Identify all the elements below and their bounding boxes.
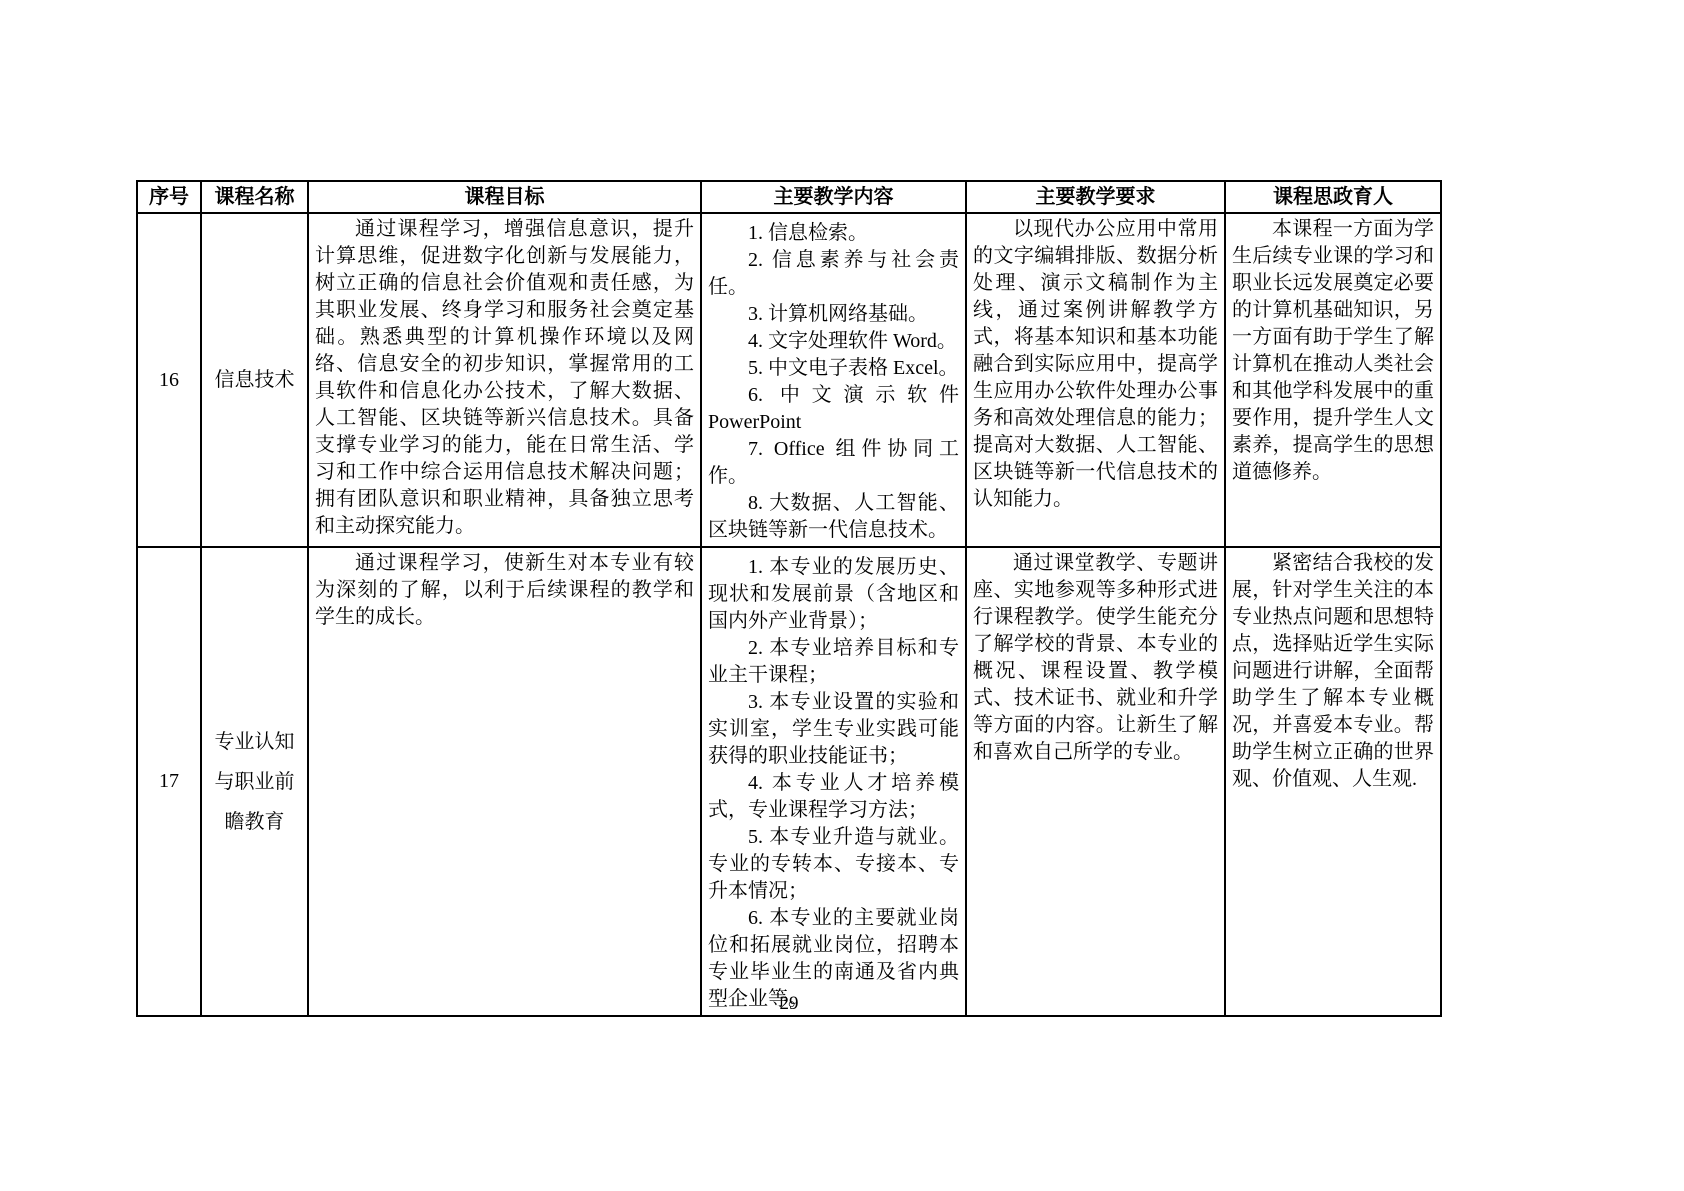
content-item: 5. 中文电子表格 Excel。 [708,355,959,382]
content-item: 4. 文字处理软件 Word。 [708,328,959,355]
ideology-paragraph: 本课程一方面为学生后续专业课的学习和职业长远发展奠定必要的计算机基础知识，另一方… [1232,216,1434,486]
page-number: 29 [136,993,1442,1015]
row16-ideology: 本课程一方面为学生后续专业课的学习和职业长远发展奠定必要的计算机基础知识，另一方… [1225,213,1441,547]
goal-paragraph: 通过课程学习，使新生对本专业有较为深刻的了解，以利于后续课程的教学和学生的成长。 [315,550,694,631]
content-item: 3. 本专业设置的实验和实训室，学生专业实践可能获得的职业技能证书； [708,689,959,770]
content-item: 4. 本专业人才培养模式，专业课程学习方法； [708,770,959,824]
row17-goal: 通过课程学习，使新生对本专业有较为深刻的了解，以利于后续课程的教学和学生的成长。 [308,547,701,1016]
header-course-name: 课程名称 [201,181,308,213]
row17-no: 17 [137,547,201,1016]
row16-goal: 通过课程学习，增强信息意识，提升计算思维，促进数字化创新与发展能力，树立正确的信… [308,213,701,547]
content-item: 5. 本专业升造与就业。专业的专转本、专接本、专升本情况； [708,824,959,905]
header-course-goal: 课程目标 [308,181,701,213]
content-item: 7. Office 组件协同工作。 [708,436,959,490]
goal-paragraph: 通过课程学习，增强信息意识，提升计算思维，促进数字化创新与发展能力，树立正确的信… [315,216,694,540]
content-item: 1. 本专业的发展历史、现状和发展前景（含地区和国内外产业背景）； [708,554,959,635]
content-item: 2. 本专业培养目标和专业主干课程； [708,635,959,689]
content-item: 8. 大数据、人工智能、区块链等新一代信息技术。 [708,490,959,544]
row17-course-name: 专业认知与职业前瞻教育 [201,547,308,1016]
course-table: 序号 课程名称 课程目标 主要教学内容 主要教学要求 课程思政育人 16 信息技… [136,180,1442,1017]
content-item: 2. 信息素养与社会责任。 [708,247,959,301]
req-paragraph: 通过课堂教学、专题讲座、实地参观等多种形式进行课程教学。使学生能充分了解学校的背… [973,550,1218,766]
ideology-paragraph: 紧密结合我校的发展，针对学生关注的本专业热点问题和思想特点，选择贴近学生实际问题… [1232,550,1434,793]
header-teaching-req: 主要教学要求 [966,181,1225,213]
header-teaching-content: 主要教学内容 [701,181,966,213]
row17-ideology: 紧密结合我校的发展，针对学生关注的本专业热点问题和思想特点，选择贴近学生实际问题… [1225,547,1441,1016]
content-item: 3. 计算机网络基础。 [708,301,959,328]
row16-no: 16 [137,213,201,547]
row16-course-name: 信息技术 [201,213,308,547]
header-ideology: 课程思政育人 [1225,181,1441,213]
row16-content: 1. 信息检索。 2. 信息素养与社会责任。 3. 计算机网络基础。 4. 文字… [701,213,966,547]
content-item: 1. 信息检索。 [708,220,959,247]
table-row: 16 信息技术 通过课程学习，增强信息意识，提升计算思维，促进数字化创新与发展能… [137,213,1441,547]
row17-req: 通过课堂教学、专题讲座、实地参观等多种形式进行课程教学。使学生能充分了解学校的背… [966,547,1225,1016]
row16-req: 以现代办公应用中常用的文字编辑排版、数据分析处理、演示文稿制作为主线，通过案例讲… [966,213,1225,547]
req-paragraph: 以现代办公应用中常用的文字编辑排版、数据分析处理、演示文稿制作为主线，通过案例讲… [973,216,1218,513]
row17-content: 1. 本专业的发展历史、现状和发展前景（含地区和国内外产业背景）； 2. 本专业… [701,547,966,1016]
table-row: 17 专业认知与职业前瞻教育 通过课程学习，使新生对本专业有较为深刻的了解，以利… [137,547,1441,1016]
content-item: 6. 中文演示软件 PowerPoint [708,382,959,436]
document-page: 序号 课程名称 课程目标 主要教学内容 主要教学要求 课程思政育人 16 信息技… [0,0,1684,1191]
header-no: 序号 [137,181,201,213]
table-header-row: 序号 课程名称 课程目标 主要教学内容 主要教学要求 课程思政育人 [137,181,1441,213]
